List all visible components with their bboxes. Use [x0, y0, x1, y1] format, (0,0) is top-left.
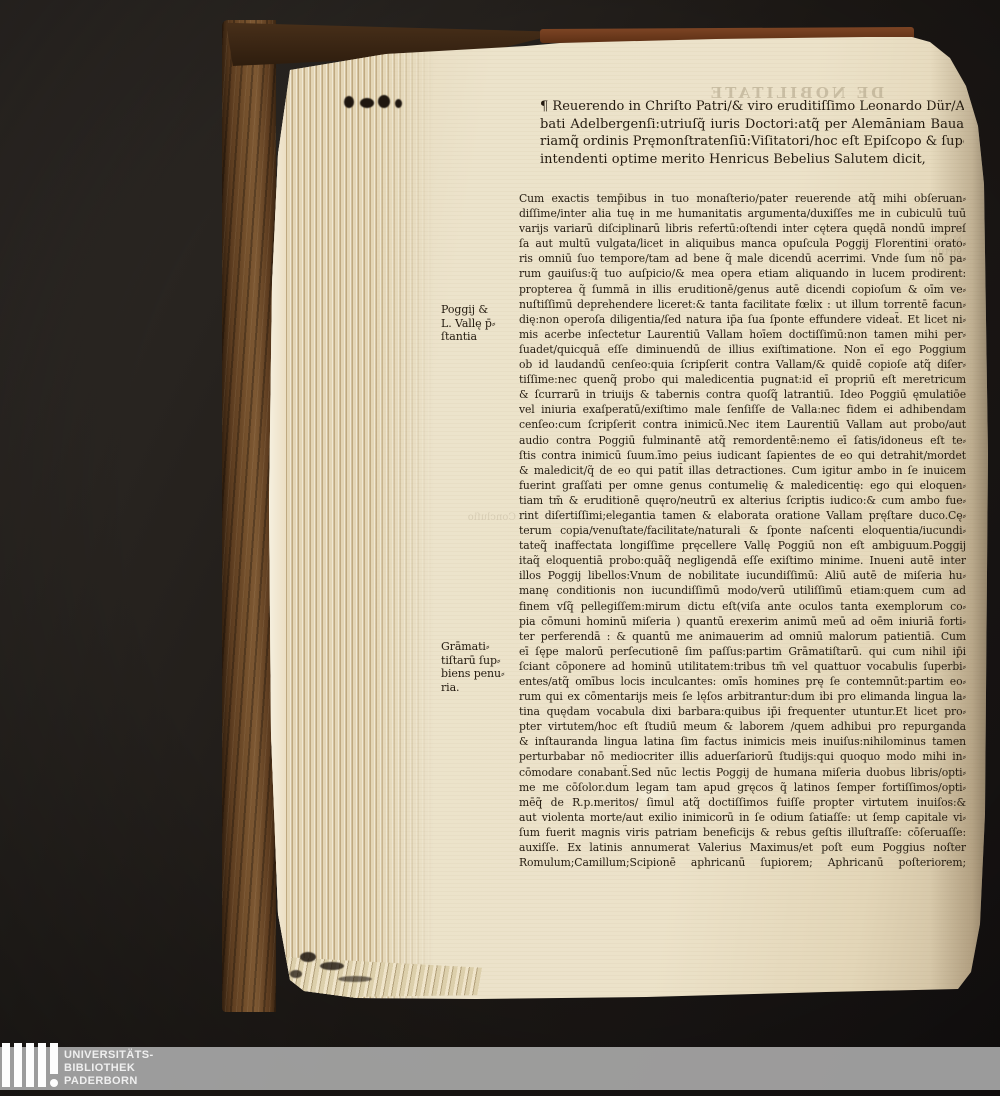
body-line: ſciant cōponere ad hominū utilitatem:tri… [519, 659, 966, 674]
body-line: diſſime/inter alia tuę in me humanitatis… [519, 206, 966, 221]
body-line: cenſeo:cum ſcripſerit contra inimicū.Nec… [519, 417, 966, 432]
margin-note-poggii-vallae: Poggij &L. Vallę p̄⸗ſtantia [441, 303, 523, 344]
margin-note-line: biens penu⸗ [441, 667, 523, 681]
heading-line: bati Adelbergenſi:utriuſq̃ iuris Doctori… [540, 116, 964, 134]
library-logo-icon [2, 1043, 58, 1089]
fore-edge-page-stack [266, 34, 434, 1000]
body-line: rum gauiſus:q̃ tuo auſpicio/& mea opera … [519, 266, 966, 281]
logo-bar [26, 1043, 34, 1087]
body-line: tateq̃ inaffectata longiſſime pręcellere… [519, 538, 966, 553]
body-line: entes/atq̃ omībus locis inculcantes: omī… [519, 674, 966, 689]
body-line: tina quędam vocabula dixi barbara:quibus… [519, 704, 966, 719]
body-line: & ſcurrarū in triuijs & tabernis contra … [519, 387, 966, 402]
body-line: Cum exactis temp̄ibus in tuo monaſterio/… [519, 191, 966, 206]
body-line: ſa aut multū vulgata/licet in aliquibus … [519, 236, 966, 251]
scan-viewport: DE NOBILITATE Nobilitas ex virtute Concl… [0, 0, 1000, 1096]
ink-smudge [300, 952, 316, 962]
body-line: audio contra Poggiū fulminantē atq̃ remo… [519, 433, 966, 448]
body-line: ris omniū ſuo tempore/tam ad bene q̃ mal… [519, 251, 966, 266]
margin-note-line: ſtantia [441, 330, 523, 344]
body-line: propterea q̃ ſummā in illis eruditionē/g… [519, 282, 966, 297]
logo-bar [14, 1043, 22, 1087]
body-line: perturbabar nō mediocriter illis aduerſa… [519, 749, 966, 764]
logo-bar [2, 1043, 10, 1087]
ink-smudge [395, 99, 402, 108]
ink-smudge [378, 95, 390, 108]
body-line: ob id laudandū cenſeo:quia ſcripſerit co… [519, 357, 966, 372]
library-name: UNIVERSITÄTS- BIBLIOTHEK PADERBORN [64, 1049, 154, 1088]
body-line: terum copia/venuſtate/facilitate/natural… [519, 523, 966, 538]
body-line: eī ſępe malorū perſecutionē ſim paſſus:p… [519, 644, 966, 659]
margin-note-line: ria. [441, 681, 523, 695]
logo-exclamation [50, 1043, 58, 1089]
body-line: tiam tm̄ & eruditionē quęro/neutrū ex al… [519, 493, 966, 508]
margin-note-line: Poggij & [441, 303, 523, 317]
ink-smudge [344, 96, 354, 108]
body-line: rint diſertiſſimi;elegantia tamen & elab… [519, 508, 966, 523]
logo-exclamation-stem [50, 1043, 58, 1074]
margin-note-line: tiſtarū ſup⸗ [441, 654, 523, 668]
body-line: ſtis contra inimicū ſuum.īmo peius iudic… [519, 448, 966, 463]
body-line: ſum fuerit magnis viris patriam benefici… [519, 825, 966, 840]
body-line: cōmodare conabant̃.Sed nūc lectis Poggij… [519, 765, 966, 780]
ink-smudge [360, 98, 374, 108]
ink-smudge [338, 976, 372, 982]
body-line: vel iniuria exaſperatū/exiſtimo male ſen… [519, 402, 966, 417]
logo-bar [38, 1043, 46, 1087]
margin-note-line: Grāmati⸗ [441, 640, 523, 654]
heading-line: riamq̃ ordinis Pręmonſtratenſiū:Viſitato… [540, 133, 964, 151]
body-line: tiſſime:nec quenq̃ probo qui maledicenti… [519, 372, 966, 387]
body-line: mēq̃ de R.p.meritos/ ſimul atq̃ doctiſſi… [519, 795, 966, 810]
body-line: finem vſq̃ pellegiſſem:mirum dictu eſt(v… [519, 599, 966, 614]
logo-exclamation-dot [50, 1079, 58, 1087]
margin-note-line: L. Vallę p̄⸗ [441, 317, 523, 331]
body-line: ter perferendā : & quantū me animauerim … [519, 629, 966, 644]
body-line: & inſtauranda lingua latina ſim factus i… [519, 734, 966, 749]
body-line: pia cōmuni hominū miſeria ) quantū erexe… [519, 614, 966, 629]
body-line: nuſtiſſimū deprehendere liceret:& tanta … [519, 297, 966, 312]
library-name-line: BIBLIOTHEK [64, 1062, 154, 1075]
body-line: mis acerbe inſectetur Laurentiū Vallam h… [519, 327, 966, 342]
body-line: pter virtutem/hoc eſt ſtudiū meum & labo… [519, 719, 966, 734]
body-text-block: Cum exactis temp̄ibus in tuo monaſterio/… [519, 191, 966, 870]
body-line: rum qui ex cōmentarijs meis ſe lęſos arb… [519, 689, 966, 704]
heading-line: intendenti optime merito Henricus Bebeli… [540, 151, 964, 169]
body-line: aut violenta morte/aut exilio inimicorū … [519, 810, 966, 825]
library-name-line: UNIVERSITÄTS- [64, 1049, 154, 1062]
heading-line: ¶ Reuerendo in Chriſto Patri/& viro erud… [540, 98, 964, 116]
body-line: fuerint graſſati per omne genus contumel… [519, 478, 966, 493]
body-line: manę conditionis non iucundiſſimū modo/v… [519, 583, 966, 598]
body-line: me me cōſolor.dum legam tam apud gręcos … [519, 780, 966, 795]
body-line: auxiſſe. Ex latinis annumerat Valerius M… [519, 840, 966, 855]
body-line: illos Poggij libellos:Vnum de nobilitate… [519, 568, 966, 583]
body-line: dię:non operoſa diligentia/ſed natura ip… [519, 312, 966, 327]
margin-note-grammatistae: Grāmati⸗tiſtarū ſup⸗biens penu⸗ria. [441, 640, 523, 694]
library-name-line: PADERBORN [64, 1075, 154, 1088]
body-line: itaq̃ eloquentiā probo:quāq̃ negligendā … [519, 553, 966, 568]
ink-smudge [290, 970, 302, 978]
body-line: varijs variarū diſciplinarū libris refer… [519, 221, 966, 236]
body-line: & maledicit/q̃ de eo qui patit̃ illas de… [519, 463, 966, 478]
wooden-board-edge [222, 20, 276, 1012]
dedication-heading: ¶ Reuerendo in Chriſto Patri/& viro erud… [540, 98, 964, 168]
body-line: ſuadet/quicquā eſſe diminuendū de illius… [519, 342, 966, 357]
ink-smudge [320, 962, 344, 970]
body-line: Romulum;Camillum;Scipionē aphricanū ſupi… [519, 855, 966, 870]
